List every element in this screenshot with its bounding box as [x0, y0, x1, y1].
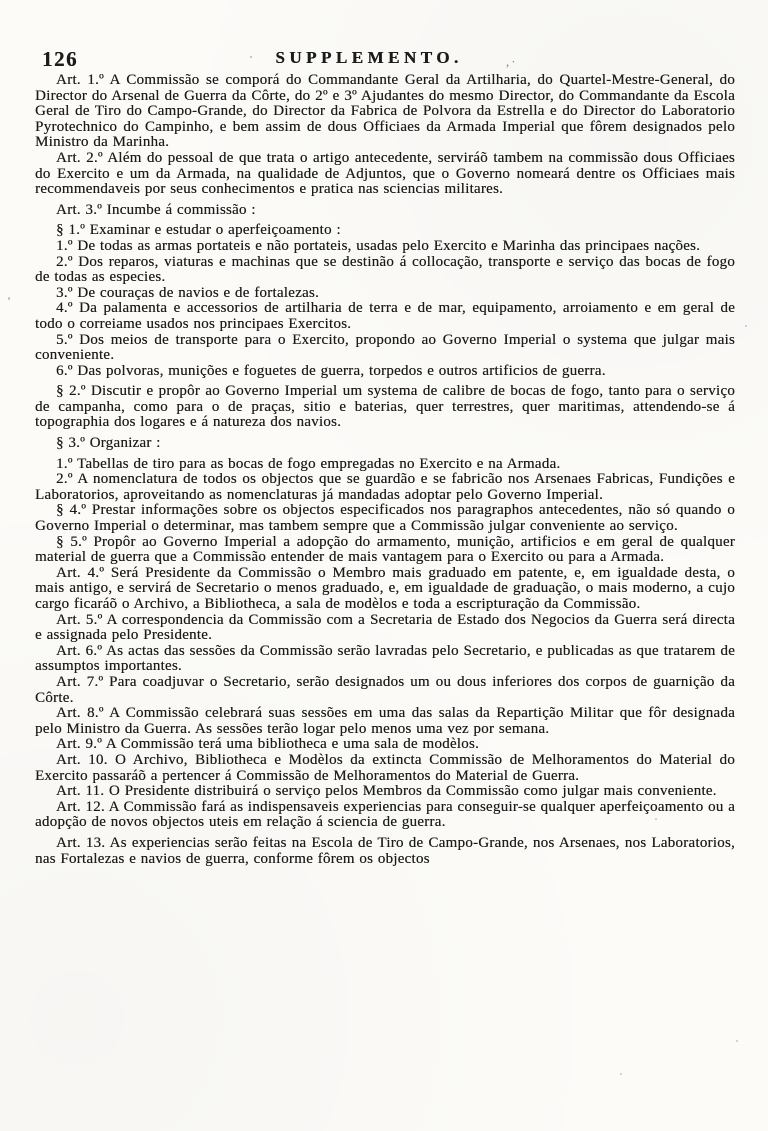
paragraph: 2.º Dos reparos, viaturas e machinas que… — [35, 255, 735, 286]
scan-speck — [736, 1040, 738, 1042]
paragraph: Art. 11. O Presidente distribuirá o serv… — [35, 784, 735, 800]
paragraph: Art. 9.º A Commissão terá uma bibliothec… — [35, 737, 735, 753]
page-header: 126 SUPPLEMENTO. ,· — [0, 44, 768, 72]
paragraph: § 4.º Prestar informações sobre os objec… — [35, 503, 735, 534]
paragraph: Art. 4.º Será Presidente da Commissão o … — [35, 566, 735, 613]
print-artifact-mark: ,· — [506, 54, 518, 70]
paragraph: Art. 7.º Para coadjuvar o Secretario, se… — [35, 675, 735, 706]
paragraph: § 1.º Examinar e estudar o aperfeiçoamen… — [35, 223, 735, 239]
paragraph: Art. 8.º A Commissão celebrará suas sess… — [35, 706, 735, 737]
paragraph: Art. 6.º As actas das sessões da Commiss… — [35, 644, 735, 675]
paragraph: § 3.º Organizar : — [35, 436, 735, 452]
paragraph: 1.º De todas as armas portateis e não po… — [35, 239, 735, 255]
paragraph: Art. 2.º Além do pessoal de que trata o … — [35, 151, 735, 198]
paragraph: Art. 12. A Commissão fará as indispensav… — [35, 800, 735, 831]
paragraph: Art. 1.º A Commissão se comporá do Comma… — [35, 73, 735, 151]
document-body: Art. 1.º A Commissão se comporá do Comma… — [35, 73, 735, 867]
page-header-title: SUPPLEMENTO. — [0, 48, 738, 68]
paragraph: 6.º Das polvoras, munições e foguetes de… — [35, 364, 735, 380]
scan-speck — [745, 325, 747, 327]
paragraph: 5.º Dos meios de transporte para o Exerc… — [35, 333, 735, 364]
paragraph: Art. 13. As experiencias serão feitas na… — [35, 836, 735, 867]
scan-speck — [8, 297, 10, 300]
paragraph: § 2.º Discutir e propôr ao Governo Imper… — [35, 384, 735, 431]
paragraph: 4.º Da palamenta e accessorios de artilh… — [35, 301, 735, 332]
paragraph: 3.º De couraças de navios e de fortaleza… — [35, 286, 735, 302]
paragraph: Art. 5.º A correspondencia da Commissão … — [35, 613, 735, 644]
scan-speck — [620, 1073, 622, 1075]
paragraph: 1.º Tabellas de tiro para as bocas de fo… — [35, 457, 735, 473]
paragraph: Art. 3.º Incumbe á commissão : — [35, 203, 735, 219]
paragraph: Art. 10. O Archivo, Bibliotheca e Modèlo… — [35, 753, 735, 784]
paragraph: § 5.º Propôr ao Governo Imperial a adopç… — [35, 535, 735, 566]
scanned-page: 126 SUPPLEMENTO. ,· Art. 1.º A Commissão… — [0, 0, 768, 1131]
paragraph: 2.º A nomenclatura de todos os objectos … — [35, 472, 735, 503]
